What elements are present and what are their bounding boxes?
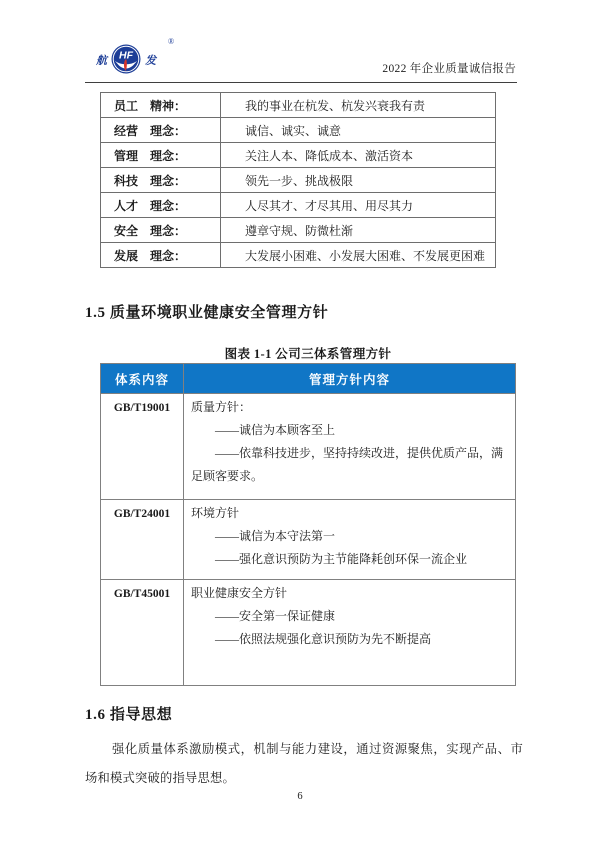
logo-left-char: 航 bbox=[96, 52, 107, 68]
value-text: 诚信、诚实、诚意 bbox=[221, 118, 496, 143]
value-label: 安全 理念： bbox=[101, 218, 221, 243]
logo-right-char: 发 bbox=[145, 52, 156, 68]
policy-table-header-row: 体系内容 管理方针内容 bbox=[101, 364, 516, 394]
policy-line: 质量方针： bbox=[191, 396, 507, 419]
policy-content: 职业健康安全方针 ——安全第一保证健康 ——依照法规强化意识预防为先不断提高 bbox=[184, 580, 516, 686]
value-text: 遵章守规、防微杜渐 bbox=[221, 218, 496, 243]
value-text: 关注人本、降低成本、激活资本 bbox=[221, 143, 496, 168]
table-row: 科技 理念： 领先一步、挑战极限 bbox=[101, 168, 496, 193]
policy-content: 质量方针： ——诚信为本顾客至上 ——依靠科技进步，坚持持续改进，提供优质产品，… bbox=[184, 394, 516, 500]
value-label: 经营 理念： bbox=[101, 118, 221, 143]
document-page: 航 HF 发 ® 2022 年企业质量诚信报告 员工 精神： 我的事业在杭发、杭… bbox=[0, 0, 600, 856]
header-divider bbox=[85, 82, 517, 83]
table-row: 管理 理念： 关注人本、降低成本、激活资本 bbox=[101, 143, 496, 168]
value-text: 大发展小困难、小发展大困难、不发展更困难 bbox=[221, 243, 496, 268]
value-text: 人尽其才、才尽其用、用尽其力 bbox=[221, 193, 496, 218]
table-row: 经营 理念： 诚信、诚实、诚意 bbox=[101, 118, 496, 143]
column-header-policy: 管理方针内容 bbox=[184, 364, 516, 394]
page-number: 6 bbox=[0, 791, 600, 802]
system-code: GB/T45001 bbox=[101, 580, 184, 686]
system-code: GB/T24001 bbox=[101, 500, 184, 580]
policy-content: 环境方针 ——诚信为本守法第一 ——强化意识预防为主节能降耗创环保一流企业 bbox=[184, 500, 516, 580]
registered-trademark-icon: ® bbox=[168, 37, 174, 46]
policy-line: ——依照法规强化意识预防为先不断提高 bbox=[191, 628, 507, 651]
table-row: GB/T45001 职业健康安全方针 ——安全第一保证健康 ——依照法规强化意识… bbox=[101, 580, 516, 686]
value-label: 发展 理念： bbox=[101, 243, 221, 268]
value-label: 人才 理念： bbox=[101, 193, 221, 218]
system-code: GB/T19001 bbox=[101, 394, 184, 500]
policy-line: ——依靠科技进步，坚持持续改进，提供优质产品，满足顾客要求。 bbox=[191, 442, 507, 488]
policy-line: ——诚信为本顾客至上 bbox=[191, 419, 507, 442]
policy-table: 体系内容 管理方针内容 GB/T19001 质量方针： ——诚信为本顾客至上 —… bbox=[100, 363, 516, 686]
column-header-system: 体系内容 bbox=[101, 364, 184, 394]
table-row: 人才 理念： 人尽其才、才尽其用、用尽其力 bbox=[101, 193, 496, 218]
company-values-table: 员工 精神： 我的事业在杭发、杭发兴衰我有责 经营 理念： 诚信、诚实、诚意 管… bbox=[100, 92, 496, 268]
table-row: 发展 理念： 大发展小困难、小发展大困难、不发展更困难 bbox=[101, 243, 496, 268]
value-text: 我的事业在杭发、杭发兴衰我有责 bbox=[221, 93, 496, 118]
table-row: 员工 精神： 我的事业在杭发、杭发兴衰我有责 bbox=[101, 93, 496, 118]
report-header-title: 2022 年企业质量诚信报告 bbox=[382, 60, 516, 76]
hf-emblem-icon: HF bbox=[110, 43, 142, 77]
guiding-thought-paragraph: 强化质量体系激励模式，机制与能力建设，通过资源聚焦，实现产品、市场和模式突破的指… bbox=[85, 735, 523, 793]
policy-line: 职业健康安全方针 bbox=[191, 582, 507, 605]
section-heading-1-6: 1.6 指导思想 bbox=[85, 703, 172, 724]
policy-line: ——强化意识预防为主节能降耗创环保一流企业 bbox=[191, 548, 507, 571]
company-logo: 航 HF 发 bbox=[96, 42, 156, 78]
value-text: 领先一步、挑战极限 bbox=[221, 168, 496, 193]
policy-line: ——诚信为本守法第一 bbox=[191, 525, 507, 548]
table-row: 安全 理念： 遵章守规、防微杜渐 bbox=[101, 218, 496, 243]
value-label: 员工 精神： bbox=[101, 93, 221, 118]
table-row: GB/T24001 环境方针 ——诚信为本守法第一 ——强化意识预防为主节能降耗… bbox=[101, 500, 516, 580]
policy-line: ——安全第一保证健康 bbox=[191, 605, 507, 628]
table-caption: 图表 1-1 公司三体系管理方针 bbox=[0, 344, 600, 362]
policy-line: 环境方针 bbox=[191, 502, 507, 525]
section-heading-1-5: 1.5 质量环境职业健康安全管理方针 bbox=[85, 301, 328, 322]
value-label: 科技 理念： bbox=[101, 168, 221, 193]
table-row: GB/T19001 质量方针： ——诚信为本顾客至上 ——依靠科技进步，坚持持续… bbox=[101, 394, 516, 500]
value-label: 管理 理念： bbox=[101, 143, 221, 168]
